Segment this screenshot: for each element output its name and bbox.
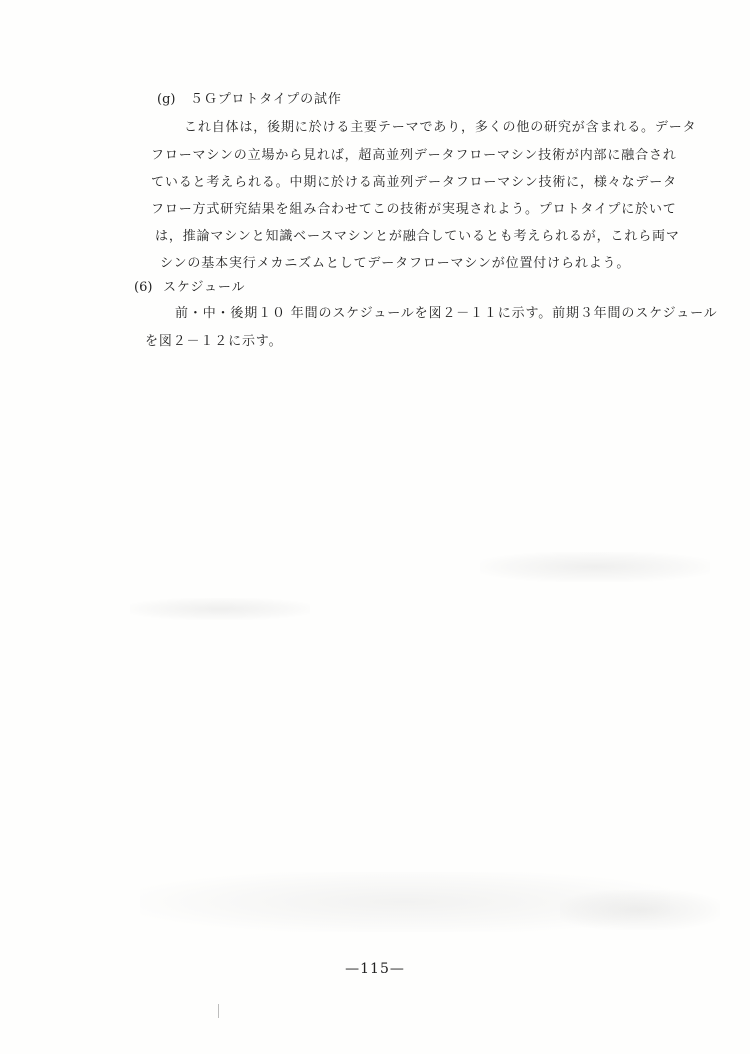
page-number: —115—	[0, 961, 750, 977]
section-g-heading: ５Ｇプロトタイプの試作	[190, 90, 342, 110]
text-line: フロー方式研究結果を組み合わせてこの技術が実現されよう。プロトタイプに於いて	[151, 200, 677, 220]
text-line: シンの基本実行メカニズムとしてデータフローマシンが位置付けられよう。	[160, 254, 630, 274]
text-line: は，推論マシンと知識ベースマシンとが融合しているとも考えられるが，これら両マ	[155, 227, 680, 247]
text-line: これ自体は，後期に於ける主要テーマであり，多くの他の研究が含まれる。データ	[184, 118, 696, 138]
text-line: フローマシンの立場から見れば，超高並列データフローマシン技術が内部に融合され	[151, 146, 677, 166]
scan-smudge	[480, 552, 710, 582]
scan-smudge	[560, 890, 720, 930]
scan-artifact-line	[218, 1004, 219, 1018]
scanned-document-page: (g) ５Ｇプロトタイプの試作 これ自体は，後期に於ける主要テーマであり，多くの…	[0, 0, 750, 1054]
section-g-label: (g)	[157, 90, 175, 110]
scan-smudge	[130, 598, 310, 620]
text-line: ていると考えられる。中期に於ける高並列データフローマシン技術に，様々なデータ	[151, 173, 677, 193]
section-6-label: (6)	[134, 278, 152, 298]
scan-smudge	[140, 872, 670, 932]
text-line: 前・中・後期１０ 年間のスケジュールを図２－１１に示す。前期３年間のスケジュール	[175, 304, 718, 324]
text-line: を図２－１２に示す。	[145, 332, 282, 352]
section-6-heading: スケジュール	[163, 278, 245, 298]
